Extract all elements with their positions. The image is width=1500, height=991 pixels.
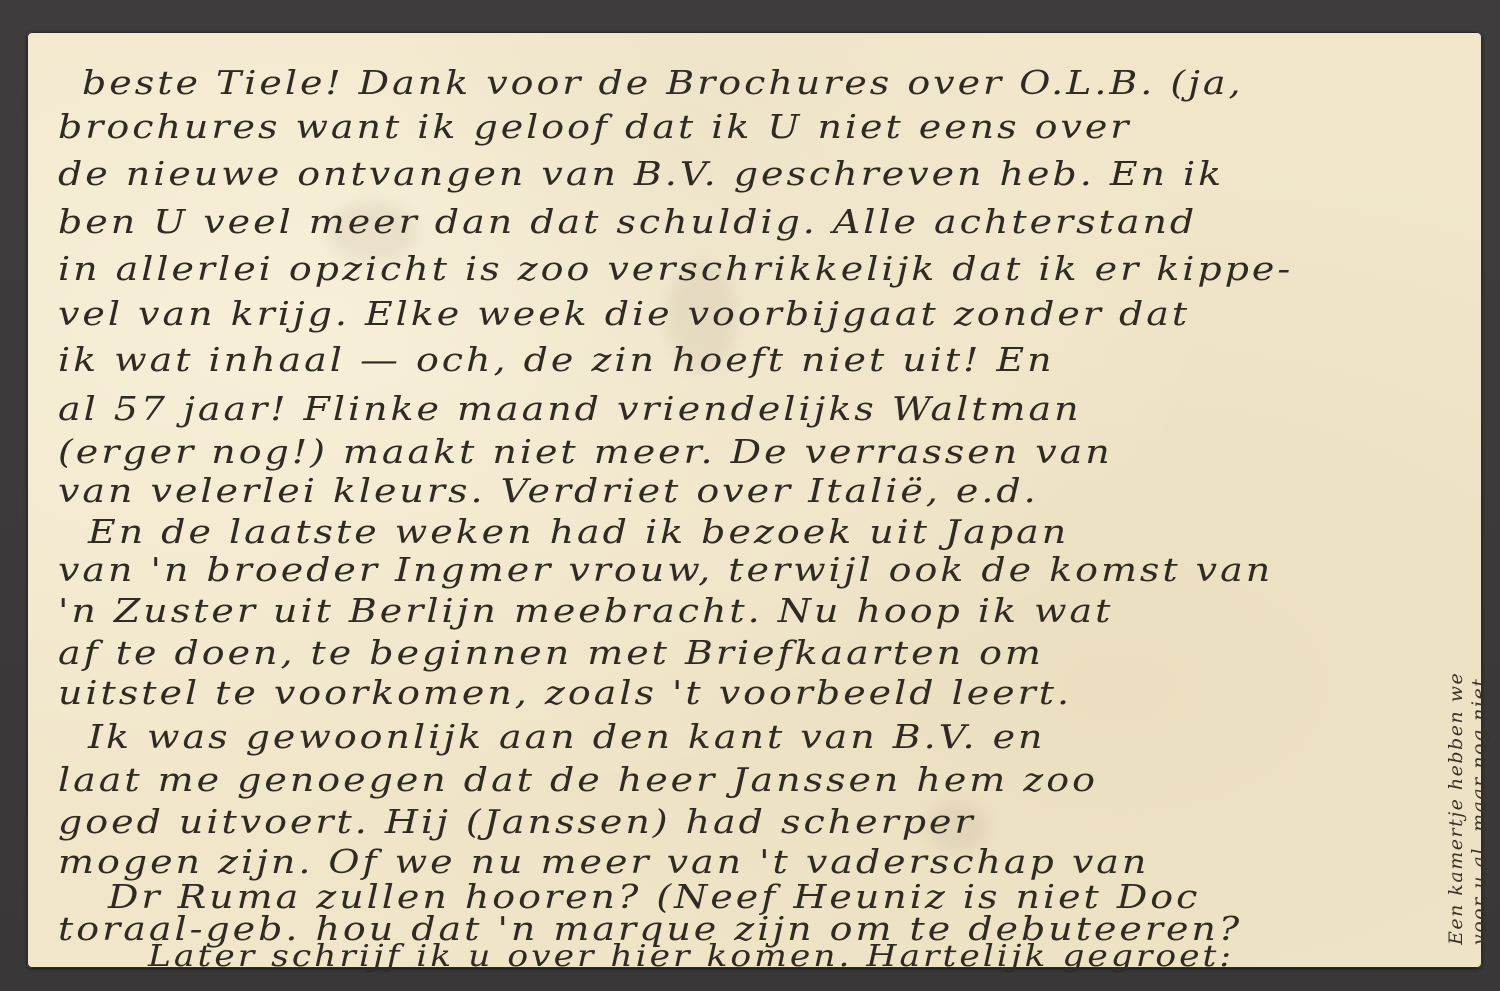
text-line-1: beste Tiele! Dank voor de Brochures over… <box>82 66 1244 99</box>
text-line-9: (erger nog!) maakt niet meer. De verrass… <box>58 435 1113 468</box>
text-line-7: ik wat inhaal — och, de zin hoeft niet u… <box>58 343 1055 376</box>
text-line-5: in allerlei opzicht is zoo verschrikkeli… <box>58 252 1293 285</box>
margin-note-line-1: Een kamertje hebben we <box>1447 672 1466 945</box>
text-line-2: brochures want ik geloof dat ik U niet e… <box>58 110 1131 143</box>
text-line-4: ben U veel meer dan dat schuldig. Alle a… <box>58 205 1197 238</box>
text-line-15: uitstel te voorkomen, zoals 't voorbeeld… <box>58 676 1072 709</box>
text-line-13: 'n Zuster uit Berlijn meebracht. Nu hoop… <box>58 594 1113 627</box>
text-line-17: laat me genoegen dat de heer Janssen hem… <box>58 763 1098 796</box>
text-line-16: Ik was gewoonlijk aan den kant van B.V. … <box>88 720 1045 753</box>
margin-note-line-2: voor u al, maar nog niet. <box>1470 670 1489 945</box>
text-line-22: Later schrijf ik u over hier komen. Hart… <box>148 942 1234 972</box>
text-line-18: goed uitvoert. Hij (Janssen) had scherpe… <box>58 805 976 838</box>
text-line-8: al 57 jaar! Flinke maand vriendelijks Wa… <box>58 392 1082 425</box>
text-line-3: de nieuwe ontvangen van B.V. geschreven … <box>58 157 1224 190</box>
text-line-10: van velerlei kleurs. Verdriet over Itali… <box>58 474 1039 507</box>
text-line-11: En de laatste weken had ik bezoek uit Ja… <box>88 515 1069 548</box>
text-line-6: vel van krijg. Elke week die voorbijgaat… <box>58 297 1190 330</box>
text-line-19: mogen zijn. Of we nu meer van 't vadersc… <box>58 845 1149 878</box>
text-line-12: van 'n broeder Ingmer vrouw, terwijl ook… <box>58 553 1273 586</box>
text-line-14: af te doen, te beginnen met Briefkaarten… <box>58 636 1044 669</box>
